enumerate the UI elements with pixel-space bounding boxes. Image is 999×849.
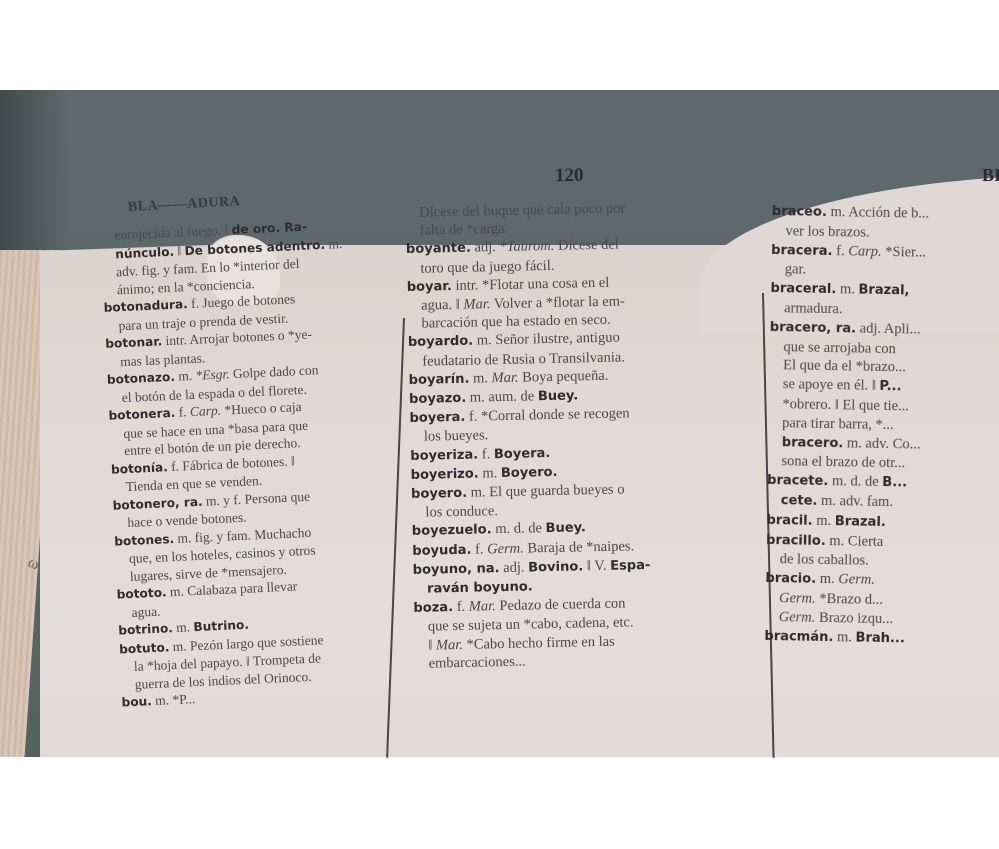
headword: Brazal, (858, 283, 909, 299)
definition-text: *Cabo hecho firme en las (463, 633, 615, 652)
headword: boyarín. (409, 372, 470, 388)
headword: Brazal. (835, 514, 886, 530)
headword: Boyera. (494, 446, 551, 462)
definition-text: m. d. de (491, 521, 545, 538)
headword: Espa- (610, 558, 651, 574)
definition-text: m. adv. Co... (843, 435, 920, 452)
definition-text: m. adv. fam. (817, 493, 893, 510)
headword: Brah... (855, 630, 905, 646)
headword: boyuno, na. (413, 561, 500, 578)
definition-text: *Brazo d... (816, 591, 884, 608)
definition-text: Brazo izqu... (815, 610, 893, 627)
headword: botonar. (105, 334, 162, 351)
definition-text: de los caballos. (780, 552, 869, 570)
definition-text: enrojecida al fuego. ‖ (114, 222, 232, 242)
definition-text: m. Acción de b... (827, 204, 930, 222)
headword: botonero, ra. (112, 494, 203, 512)
headword: bracero. (782, 435, 844, 451)
headword: boyardo. (408, 334, 474, 350)
headword: De botones adentro. (184, 237, 325, 257)
definition-text: Pedazo de cuerda con (496, 596, 626, 615)
definition-text: intr. *Flotar una cosa en el (452, 275, 610, 294)
definition-text: para tirar barra, *... (782, 415, 894, 433)
definition-text: m. (469, 370, 491, 386)
definition-text: *Hueco o caja (221, 399, 302, 418)
headword: boza. (413, 600, 453, 616)
definition-text: m. y f. Persona que (202, 488, 310, 508)
definition-text: que se arrojaba con (783, 339, 896, 357)
definition-text: m. (816, 571, 838, 587)
abbreviation: Germ. (838, 571, 875, 588)
definition-text: adj. (471, 239, 500, 256)
definition-text: *Sier... (882, 244, 927, 261)
headword: Buey. (545, 521, 586, 537)
definition-text: m. Calabaza para llevar (166, 578, 297, 599)
definition-text: f. (478, 446, 494, 462)
abbreviation: Mar. (469, 598, 496, 615)
abbreviation: Germ. (779, 609, 816, 626)
running-head-right: BI (982, 165, 999, 186)
definition-text: ver los brazos. (785, 223, 869, 240)
definition-text: m. (173, 619, 194, 635)
headword: raván boyuno. (427, 579, 533, 596)
abbreviation: Germ. (487, 540, 524, 557)
definition-text: f. (453, 599, 469, 615)
headword: botones. (114, 531, 174, 548)
headword: boyera. (409, 410, 465, 426)
definition-text: adj. Apli... (856, 320, 921, 337)
headword: boyeriza. (410, 447, 478, 463)
headword: bracmán. (764, 628, 833, 644)
definition-text: agua. ‖ (421, 297, 464, 314)
abbreviation: Mar. (491, 369, 518, 386)
headword: bracillo. (766, 532, 826, 548)
definition-text: m. (175, 368, 196, 384)
headword: boyazo. (409, 391, 466, 407)
headword: núnculo. (115, 244, 174, 261)
definition-text: m. *P... (151, 691, 195, 708)
definition-text: Dícese del buque que cala poco por (419, 200, 625, 220)
headword: Butrino. (193, 618, 249, 635)
headword: B... (882, 475, 907, 490)
definition-text: Golpe dado con (229, 362, 318, 381)
headword: boyar. (407, 279, 452, 295)
headword: bracio. (765, 571, 816, 587)
definition-text: m. Cierta (826, 533, 884, 550)
definition-text: m. (479, 465, 501, 481)
definition-text: agua. (131, 603, 161, 619)
definition-text: ‖ V. (583, 558, 610, 575)
definition-text: *obrero. ‖ El que tie... (782, 396, 909, 414)
abbreviation: Carp. (190, 403, 222, 419)
definition-text: toro que da juego fácil. (420, 257, 554, 276)
definition-text: sona el brazo de otr... (781, 454, 905, 472)
headword: boyante. (406, 241, 471, 257)
abbreviation: *Taurom. (499, 238, 554, 255)
headword: Bovino. (528, 559, 583, 575)
definition-text: embarcaciones... (428, 653, 525, 671)
abbreviation: Mar. (436, 637, 463, 654)
column-3: braceo. m. Acción de b...ver los brazos.… (764, 202, 999, 651)
definition-text: m. (833, 629, 855, 645)
definition-text: adj. (499, 559, 528, 576)
definition-text: los conduce. (425, 503, 498, 521)
headword: braceo. (772, 204, 827, 220)
headword: P... (879, 379, 901, 394)
headword: botrino. (118, 621, 173, 637)
definition-text: f. *Corral donde se recogen (465, 406, 630, 425)
headword: botonazo. (107, 370, 176, 387)
headword: bracera. (771, 243, 833, 259)
definition-text: Dícese del (554, 237, 619, 254)
definition-text: falta de *carga. (419, 221, 508, 239)
definition-text: El que da el *brazo... (783, 358, 906, 376)
headword: bracil. (766, 513, 812, 529)
headword: Boyero. (501, 465, 558, 481)
definition-text: m. El que guarda bueyes o (467, 482, 625, 501)
headword: boyerizo. (411, 466, 479, 482)
definition-text: m. (813, 513, 835, 529)
definition-text: m. d. de (828, 473, 882, 490)
headword: bracero, ra. (770, 320, 857, 337)
definition-text: f. (471, 541, 487, 557)
definition-text: m. (325, 236, 343, 252)
column-2: Dícese del buque que cala poco porfalta … (405, 197, 760, 673)
page-number: 120 (555, 165, 584, 187)
headword: bracete. (767, 473, 828, 489)
definition-text: Baraja de *naipes. (524, 538, 635, 556)
abbreviation: Mar. (463, 296, 490, 313)
definition-text: Volver a *flotar la em- (490, 293, 625, 312)
headword: boyuda. (412, 542, 472, 558)
definition-text: m. (836, 281, 858, 297)
abbreviation: Germ. (779, 590, 816, 607)
abbreviation: Carp. (848, 243, 882, 260)
headword: braceral. (770, 281, 836, 297)
headword: Buey. (538, 388, 579, 404)
definition-text: los bueyes. (424, 428, 489, 445)
column-1: enrojecida al fuego. ‖ de oro. Ra-núncul… (100, 215, 397, 712)
definition-text: gar. (785, 262, 807, 278)
definition-text: m. Señor ilustre, antiguo (473, 330, 620, 349)
headword: botonía. (111, 460, 168, 477)
headword: botuto. (119, 640, 170, 656)
definition-text: mas las plantas. (120, 350, 206, 369)
definition-text: f. Juego de botones (187, 291, 295, 311)
headword: botonadura. (103, 297, 188, 315)
definition-text: f. (175, 404, 190, 420)
headword: bou. (121, 694, 152, 709)
definition-text: m. aum. de (466, 388, 538, 405)
definition-text: Boya pequeña. (518, 368, 608, 386)
headword: cete. (781, 493, 818, 509)
headword: bototo. (116, 585, 167, 601)
headword: boyezuelo. (412, 523, 492, 540)
definition-text: se apoye en él. ‖ (783, 376, 880, 394)
definition-text: armadura. (784, 300, 843, 317)
headword: boyero. (411, 486, 467, 502)
headword: botonera. (108, 406, 175, 423)
definition-text: f. (832, 243, 848, 259)
abbreviation: *Esgr. (195, 366, 230, 383)
headword: de oro. Ra- (231, 220, 307, 237)
